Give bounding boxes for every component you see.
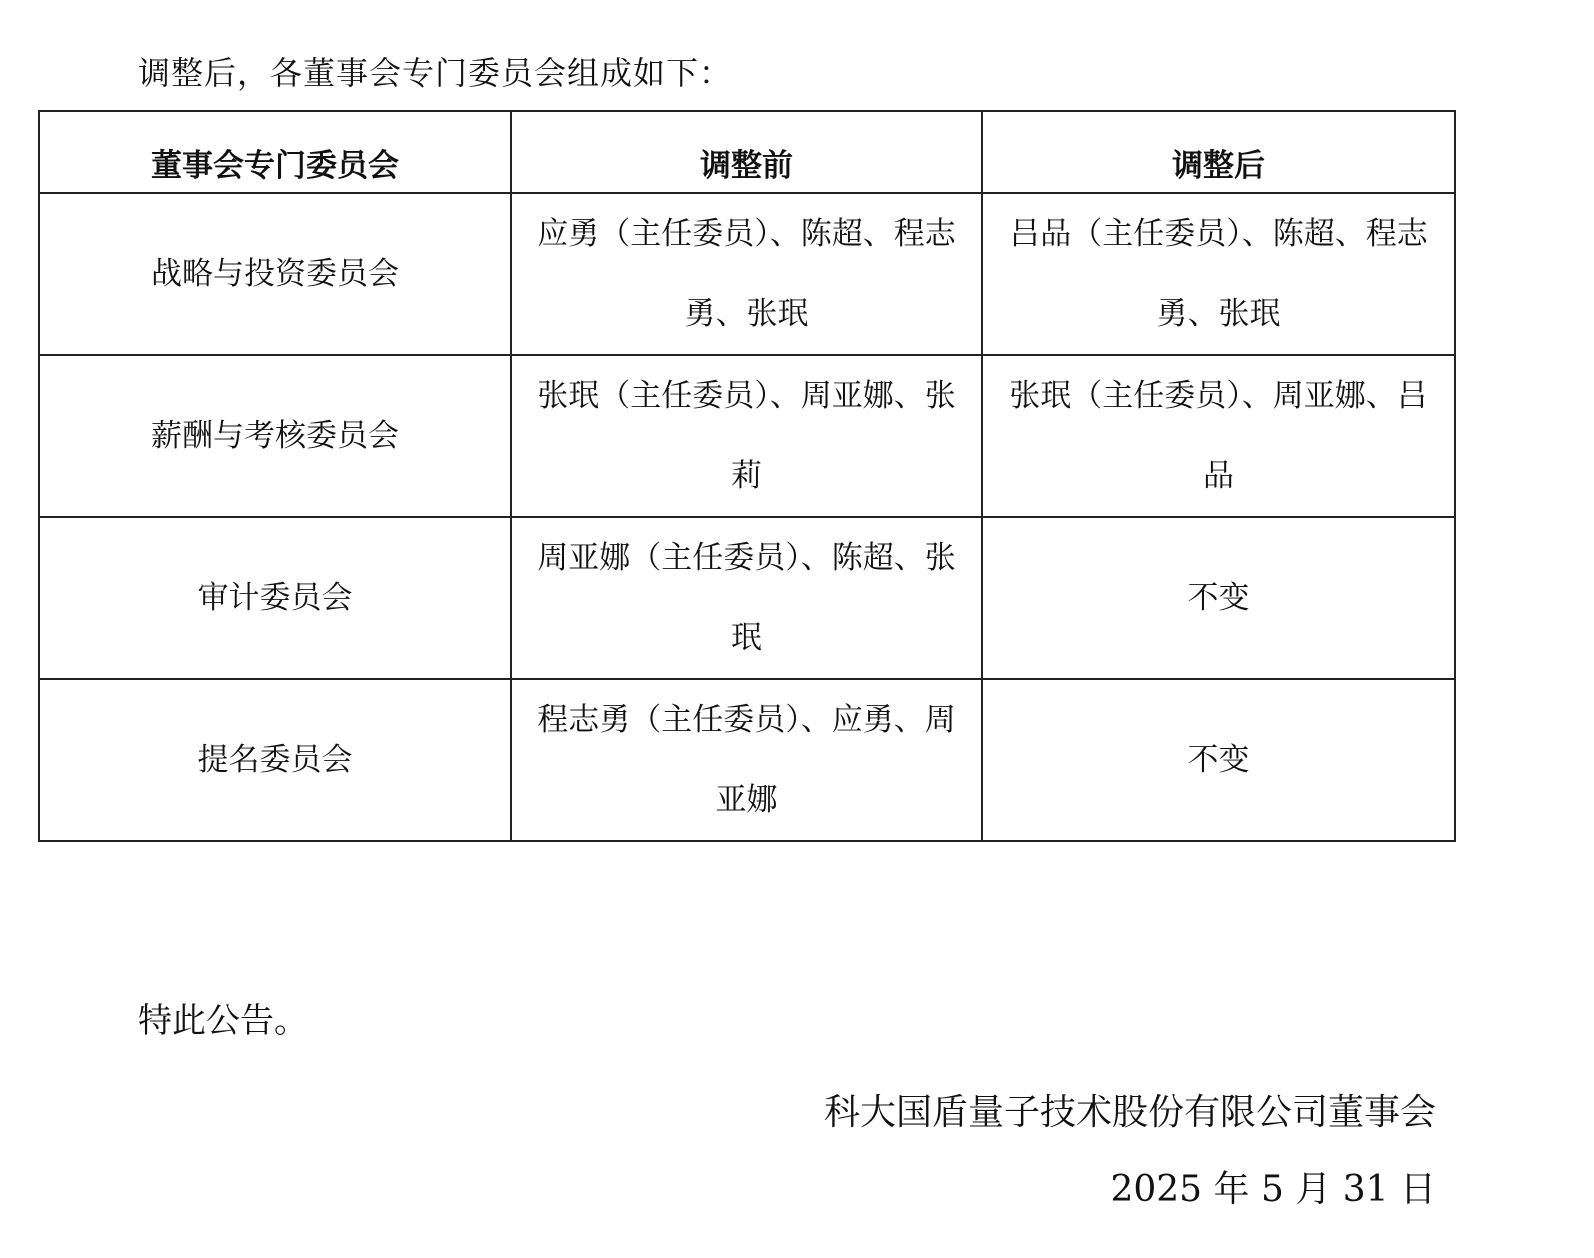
members-before: 周亚娜（主任委员）、陈超、张珉 — [511, 517, 982, 679]
header-after: 调整后 — [982, 111, 1455, 193]
members-after: 不变 — [982, 517, 1455, 679]
header-committee: 董事会专门委员会 — [39, 111, 511, 193]
members-before: 张珉（主任委员）、周亚娜、张莉 — [511, 355, 982, 517]
committee-composition-table: 董事会专门委员会 调整前 调整后 战略与投资委员会 应勇（主任委员）、陈超、程志… — [38, 110, 1456, 842]
table-row: 薪酬与考核委员会 张珉（主任委员）、周亚娜、张莉 张珉（主任委员）、周亚娜、吕品 — [39, 355, 1455, 517]
committee-name: 审计委员会 — [39, 517, 511, 679]
members-after: 张珉（主任委员）、周亚娜、吕品 — [982, 355, 1455, 517]
intro-paragraph: 调整后，各董事会专门委员会组成如下： — [138, 48, 732, 98]
members-after: 不变 — [982, 679, 1455, 841]
announcement-date: 2025 年 5 月 31 日 — [1110, 1165, 1436, 1215]
header-before: 调整前 — [511, 111, 982, 193]
committee-name: 战略与投资委员会 — [39, 193, 511, 355]
table-row: 审计委员会 周亚娜（主任委员）、陈超、张珉 不变 — [39, 517, 1455, 679]
signature-issuer: 科大国盾量子技术股份有限公司董事会 — [824, 1088, 1436, 1138]
table-header-row: 董事会专门委员会 调整前 调整后 — [39, 111, 1455, 193]
committee-name: 薪酬与考核委员会 — [39, 355, 511, 517]
table-row: 战略与投资委员会 应勇（主任委员）、陈超、程志勇、张珉 吕品（主任委员）、陈超、… — [39, 193, 1455, 355]
members-before: 程志勇（主任委员）、应勇、周亚娜 — [511, 679, 982, 841]
members-after: 吕品（主任委员）、陈超、程志勇、张珉 — [982, 193, 1455, 355]
table-row: 提名委员会 程志勇（主任委员）、应勇、周亚娜 不变 — [39, 679, 1455, 841]
closing-statement: 特此公告。 — [138, 996, 308, 1046]
members-before: 应勇（主任委员）、陈超、程志勇、张珉 — [511, 193, 982, 355]
committee-name: 提名委员会 — [39, 679, 511, 841]
